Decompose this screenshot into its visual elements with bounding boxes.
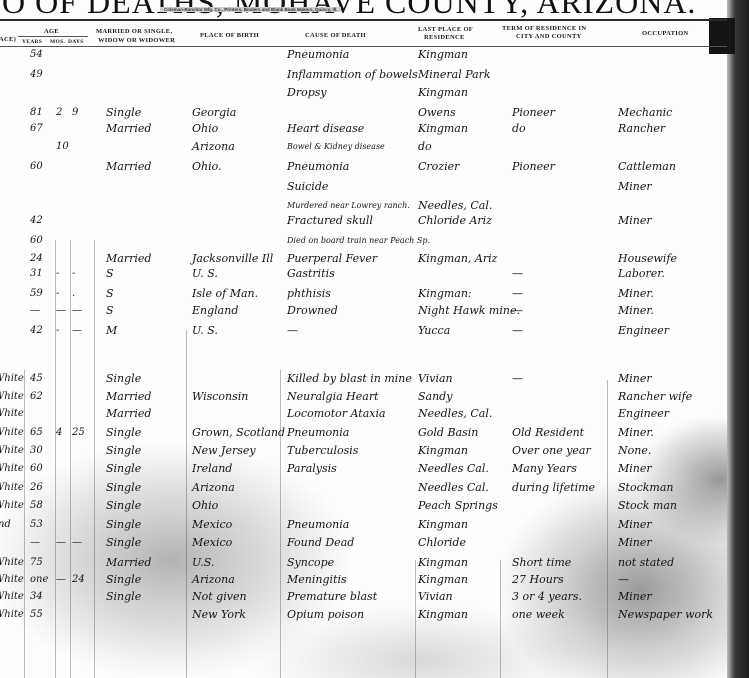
cell-occupation: Miner	[618, 518, 652, 531]
cell-years: 62	[30, 390, 43, 403]
cell-birthplace: Georgia	[192, 106, 236, 119]
cell-years: 75	[30, 556, 43, 569]
cell-marital: Married	[106, 160, 151, 173]
cell-residence: Needles Cal.	[418, 462, 489, 475]
cell-term: —	[512, 304, 523, 317]
cell-race: White	[0, 372, 24, 385]
column-line	[280, 370, 281, 678]
header-term-1: TERM OF RESIDENCE IN	[502, 25, 586, 33]
header-race: RACE)	[0, 36, 16, 44]
cell-years: 55	[30, 608, 43, 621]
cell-years: 30	[30, 444, 43, 457]
cell-marital: M	[106, 324, 117, 337]
cell-cause: Pneumonia	[287, 48, 349, 61]
cell-cause: Fractured skull	[287, 214, 373, 227]
cell-term: Many Years	[512, 462, 577, 475]
cell-days: 25	[72, 426, 85, 439]
cell-marital: Single	[106, 590, 141, 603]
cell-cause: Killed by blast in mine	[287, 372, 412, 385]
cell-residence: Kingman	[418, 573, 468, 586]
cell-years: 53	[30, 518, 43, 531]
cell-months: 4	[56, 426, 62, 439]
cell-occupation: Laborer.	[618, 267, 665, 280]
cell-occupation: not stated	[618, 556, 674, 569]
cell-cause: Dropsy	[287, 86, 327, 99]
cell-term: —	[512, 267, 523, 280]
cell-race: White	[0, 444, 24, 457]
cell-cause: Bowel & Kidney disease	[287, 140, 385, 153]
cell-cause: Found Dead	[287, 536, 354, 549]
cell-term: 3 or 4 years.	[512, 590, 582, 603]
cell-years: 42	[30, 214, 43, 227]
cell-residence: Peach Springs	[418, 499, 498, 512]
cell-occupation: Engineer	[618, 324, 669, 337]
cell-years: 45	[30, 372, 43, 385]
cell-term: during lifetime	[512, 481, 595, 494]
cell-birthplace: Wisconsin	[192, 390, 248, 403]
cell-birthplace: Mexico	[192, 518, 232, 531]
column-line	[70, 240, 71, 678]
cell-marital: Single	[106, 444, 141, 457]
cell-years: 34	[30, 590, 43, 603]
header-cause: CAUSE OF DEATH	[305, 32, 366, 40]
cell-term: —	[512, 372, 523, 385]
cell-years: 59	[30, 287, 43, 300]
cell-residence: Kingman	[418, 608, 468, 621]
cell-months: -	[56, 267, 59, 280]
cell-residence: Vivian	[418, 590, 453, 603]
cell-occupation: Miner.	[618, 287, 654, 300]
cell-residence: Crozier	[418, 160, 459, 173]
cell-cause: Pneumonia	[287, 160, 349, 173]
column-line	[94, 240, 95, 678]
cell-cause: Tuberculosis	[287, 444, 358, 457]
column-line	[24, 370, 25, 678]
cell-years: —	[30, 536, 40, 549]
cell-birthplace: U. S.	[192, 324, 218, 337]
cell-occupation: Newspaper work	[618, 608, 713, 621]
cell-birthplace: Arizona	[192, 573, 235, 586]
scan-edge-notch	[709, 18, 735, 54]
cell-months: —	[56, 536, 66, 549]
cell-years: 26	[30, 481, 43, 494]
cell-years: 42	[30, 324, 43, 337]
cell-months: —	[56, 304, 66, 317]
cell-birthplace: Arizona	[192, 140, 235, 153]
cell-years: one	[30, 573, 48, 586]
cell-term: Over one year	[512, 444, 591, 457]
cell-cause: Syncope	[287, 556, 334, 569]
cell-term: —	[512, 287, 523, 300]
cell-birthplace: New Jersey	[192, 444, 256, 457]
cell-birthplace: U. S.	[192, 267, 218, 280]
cell-cause: Neuralgia Heart	[287, 390, 379, 403]
cell-cause: phthisis	[287, 287, 331, 300]
cell-marital: Single	[106, 536, 141, 549]
cell-birthplace: Ohio	[192, 499, 218, 512]
cell-cause: Drowned	[287, 304, 338, 317]
cell-years: 54	[30, 48, 43, 61]
cell-residence: Kingman	[418, 86, 468, 99]
cell-years: 60	[30, 234, 43, 247]
cell-occupation: Rancher wife	[618, 390, 692, 403]
cell-race: White	[0, 573, 24, 586]
cell-residence: Kingman:	[418, 287, 472, 300]
cell-years: —	[30, 304, 40, 317]
cell-days: 9	[72, 106, 78, 119]
cell-race: White	[0, 390, 24, 403]
cell-occupation: Rancher	[618, 122, 665, 135]
cell-cause: —	[287, 324, 298, 337]
cell-marital: Single	[106, 372, 141, 385]
cell-marital: Single	[106, 573, 141, 586]
cell-days: —	[72, 536, 82, 549]
cell-months: -	[56, 287, 59, 300]
cell-marital: Married	[106, 556, 151, 569]
cell-birthplace: Ireland	[192, 462, 232, 475]
cell-residence: Kingman	[418, 556, 468, 569]
cell-marital: Single	[106, 518, 141, 531]
cell-race: White	[0, 590, 24, 603]
cell-marital: Married	[106, 252, 151, 265]
cell-days: .	[72, 287, 75, 300]
header-birthplace: PLACE OF BIRTH	[200, 32, 259, 40]
header-marital-1: MARRIED OR SINGLE,	[96, 28, 172, 36]
column-line	[607, 380, 608, 678]
column-line	[415, 560, 416, 678]
cell-cause: Died on board train near Peach Sp.	[287, 234, 430, 247]
cell-occupation: None.	[618, 444, 651, 457]
cell-residence: Kingman	[418, 122, 468, 135]
cell-days: -	[72, 267, 75, 280]
cell-occupation: Stockman	[618, 481, 673, 494]
cell-years: 49	[30, 68, 43, 81]
header-months: MOS.	[50, 38, 65, 46]
cell-cause: Pneumonia	[287, 518, 349, 531]
cell-race: Ind	[0, 518, 11, 531]
cell-cause: Heart disease	[287, 122, 364, 135]
cell-marital: Married	[106, 122, 151, 135]
cell-birthplace: Ohio	[192, 122, 218, 135]
printer-imprint: Coleman-Ranchor Mfg. Co., Printers, Bind…	[160, 7, 341, 12]
cell-cause: Pneumonia	[287, 426, 349, 439]
cell-residence: Mineral Park	[418, 68, 491, 81]
register-title: O OF DEATHS, MOHAVE COUNTY, ARIZONA.	[2, 0, 696, 21]
cell-years: 58	[30, 499, 43, 512]
header-days: DAYS	[68, 38, 84, 46]
cell-residence: Kingman	[418, 518, 468, 531]
cell-months: 2	[56, 106, 62, 119]
cell-marital: Single	[106, 499, 141, 512]
cell-term: Old Resident	[512, 426, 584, 439]
cell-marital: S	[106, 287, 114, 300]
cell-term: do	[512, 122, 526, 135]
cell-cause: Suicide	[287, 180, 328, 193]
cell-cause: Puerperal Fever	[287, 252, 377, 265]
cell-term: Pioneer	[512, 160, 555, 173]
cell-race: White	[0, 407, 24, 420]
cell-residence: Owens	[418, 106, 456, 119]
cell-years: 24	[30, 252, 43, 265]
cell-years: 60	[30, 160, 43, 173]
cell-race: White	[0, 481, 24, 494]
cell-marital: Single	[106, 426, 141, 439]
cell-occupation: Mechanic	[618, 106, 672, 119]
cell-race: White	[0, 499, 24, 512]
cell-occupation: Engineer	[618, 407, 669, 420]
cell-birthplace: Grown, Scotland	[192, 426, 285, 439]
cell-birthplace: New York	[192, 608, 246, 621]
cell-occupation: Housewife	[618, 252, 677, 265]
cell-race: White	[0, 462, 24, 475]
header-residence-1: LAST PLACE OF	[418, 26, 473, 34]
cell-term: Short time	[512, 556, 571, 569]
age-rule	[18, 36, 88, 37]
cell-cause: Premature blast	[287, 590, 377, 603]
cell-term: —	[512, 324, 523, 337]
cell-marital: Single	[106, 106, 141, 119]
cell-race: White	[0, 556, 24, 569]
cell-birthplace: Isle of Man.	[192, 287, 258, 300]
cell-occupation: Stock man	[618, 499, 677, 512]
cell-days: —	[72, 324, 82, 337]
cell-occupation: Miner.	[618, 426, 654, 439]
header-bottom-rule	[0, 46, 727, 47]
cell-occupation: Miner.	[618, 304, 654, 317]
header-marital-2: WIDOW OR WIDOWER	[98, 37, 175, 45]
cell-occupation: Miner	[618, 462, 652, 475]
cell-cause: Inflammation of bowels	[287, 68, 418, 81]
cell-marital: S	[106, 304, 114, 317]
cell-race: White	[0, 608, 24, 621]
cell-term: one week	[512, 608, 565, 621]
cell-residence: Chloride Ariz	[418, 214, 492, 227]
cell-birthplace: Not given	[192, 590, 247, 603]
cell-marital: Single	[106, 462, 141, 475]
cell-cause: Meningitis	[287, 573, 347, 586]
header-occupation: OCCUPATION	[642, 30, 688, 38]
header-residence-2: RESIDENCE	[424, 34, 465, 42]
cell-years: 81	[30, 106, 43, 119]
cell-birthplace: Jacksonville Ill	[192, 252, 273, 265]
cell-birthplace: Mexico	[192, 536, 232, 549]
header-term-2: CITY AND COUNTY	[516, 33, 582, 41]
cell-birthplace: England	[192, 304, 238, 317]
cell-term: Pioneer	[512, 106, 555, 119]
column-line	[186, 330, 187, 678]
cell-occupation: Miner	[618, 590, 652, 603]
cell-occupation: Cattleman	[618, 160, 676, 173]
cell-residence: Kingman, Ariz	[418, 252, 497, 265]
cell-years: 65	[30, 426, 43, 439]
cell-occupation: Miner	[618, 536, 652, 549]
cell-marital: Single	[106, 481, 141, 494]
cell-term: 27 Hours	[512, 573, 564, 586]
cell-cause: Opium poison	[287, 608, 364, 621]
scan-edge	[727, 0, 749, 678]
cell-residence: Night Hawk mine.	[418, 304, 520, 317]
cell-years: 60	[30, 462, 43, 475]
cell-cause: Locomotor Ataxia	[287, 407, 386, 420]
cell-birthplace: U.S.	[192, 556, 214, 569]
title-rule	[0, 19, 727, 21]
header-age: AGE	[44, 28, 59, 36]
cell-marital: Married	[106, 407, 151, 420]
cell-birthplace: Ohio.	[192, 160, 222, 173]
cell-occupation: Miner	[618, 214, 652, 227]
death-register-page: O OF DEATHS, MOHAVE COUNTY, ARIZONA. Col…	[0, 0, 749, 678]
header-years: YEARS	[22, 38, 42, 46]
cell-residence: do	[418, 140, 432, 153]
cell-days: 24	[72, 573, 85, 586]
cell-months: -	[56, 324, 59, 337]
cell-occupation: Miner	[618, 372, 652, 385]
cell-birthplace: Arizona	[192, 481, 235, 494]
cell-cause: Murdered near Lowrey ranch.	[287, 199, 410, 212]
cell-months: 10	[56, 140, 69, 153]
cell-years: 67	[30, 122, 43, 135]
cell-residence: Gold Basin	[418, 426, 478, 439]
cell-residence: Kingman	[418, 444, 468, 457]
cell-residence: Needles, Cal.	[418, 199, 492, 212]
cell-cause: Paralysis	[287, 462, 337, 475]
cell-occupation: —	[618, 573, 629, 586]
cell-marital: Married	[106, 390, 151, 403]
cell-occupation: Miner	[618, 180, 652, 193]
cell-residence: Chloride	[418, 536, 466, 549]
cell-residence: Sandy	[418, 390, 452, 403]
cell-residence: Needles Cal.	[418, 481, 489, 494]
cell-residence: Vivian	[418, 372, 453, 385]
cell-race: White	[0, 426, 24, 439]
cell-days: —	[72, 304, 82, 317]
cell-cause: Gastritis	[287, 267, 335, 280]
cell-residence: Kingman	[418, 48, 468, 61]
cell-residence: Needles, Cal.	[418, 407, 492, 420]
cell-marital: S	[106, 267, 114, 280]
cell-years: 31	[30, 267, 43, 280]
cell-months: —	[56, 573, 66, 586]
column-line	[500, 560, 501, 678]
cell-residence: Yucca	[418, 324, 450, 337]
